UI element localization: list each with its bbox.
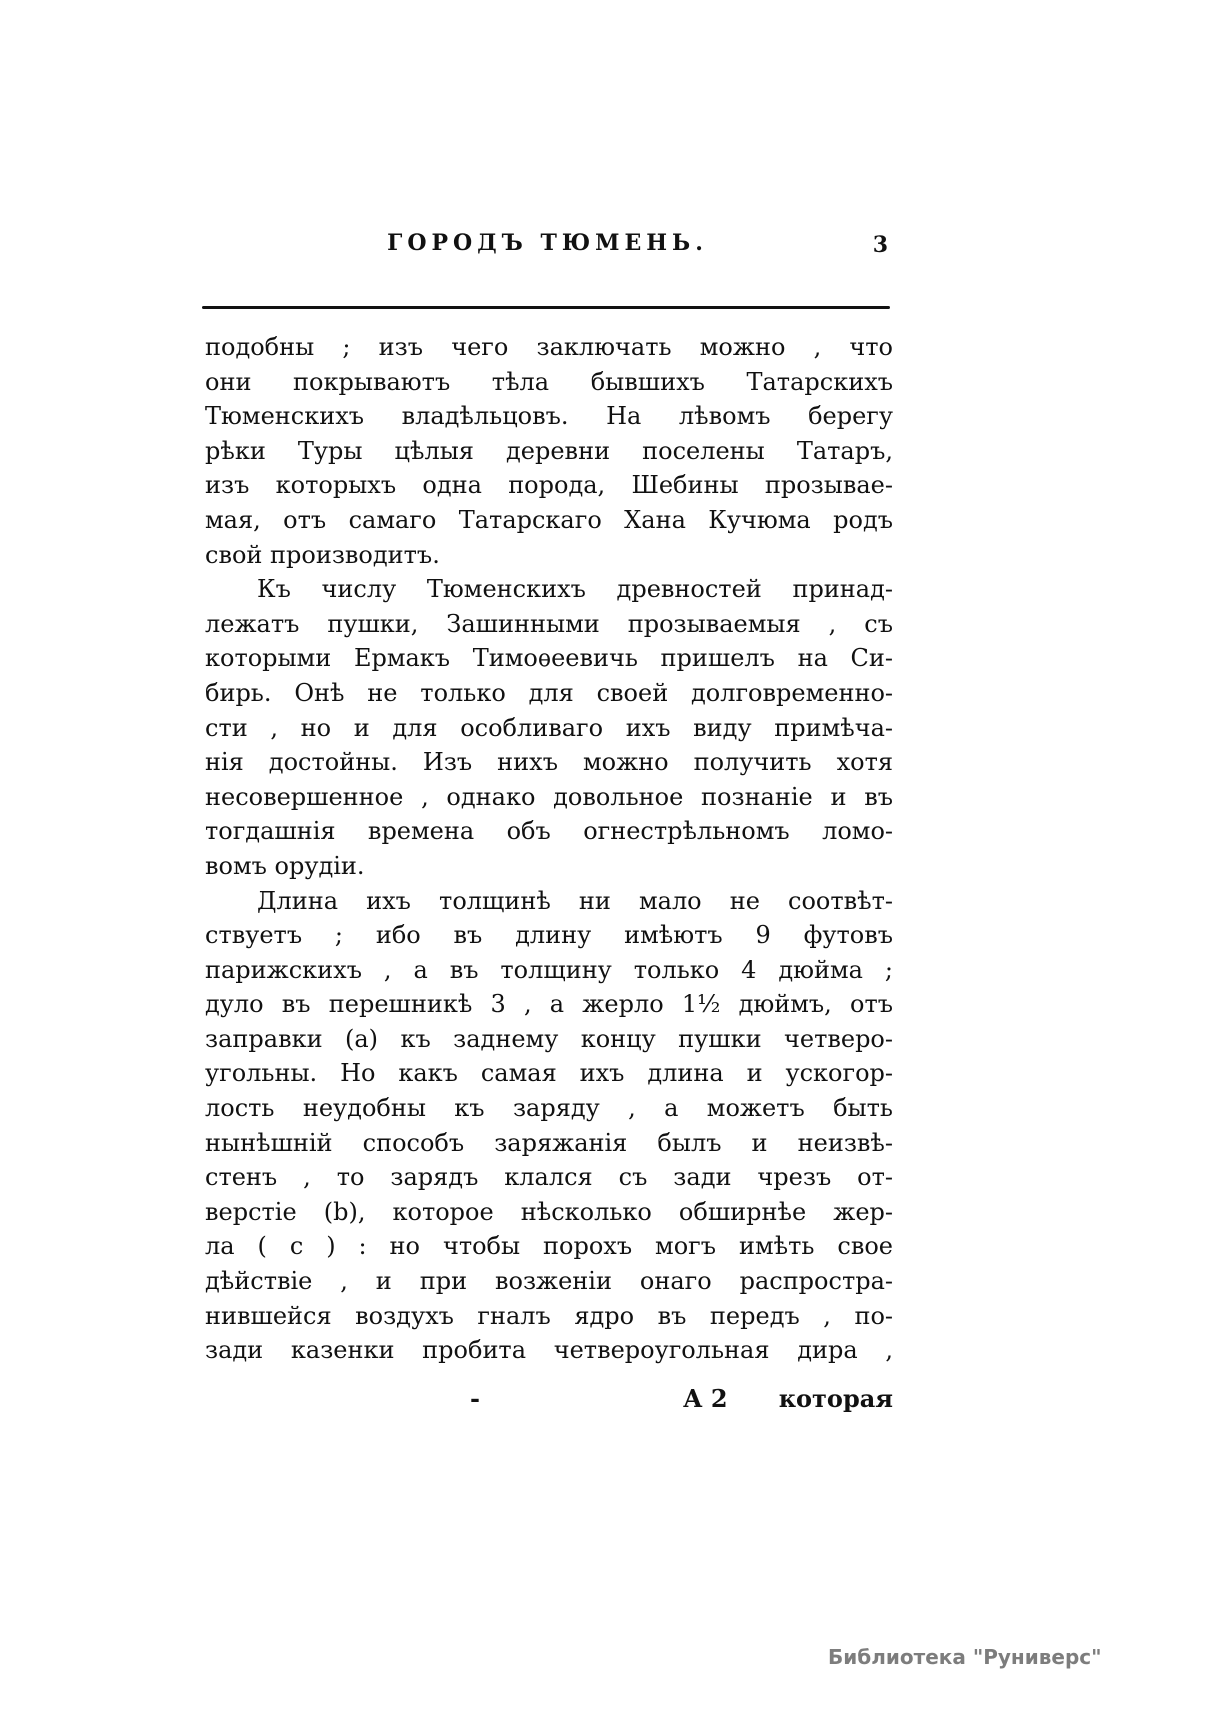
- running-title: ГОРОДЪ ТЮМЕНЬ.: [205, 230, 890, 256]
- text-line: ствуетъ ; ибо въ длину имѣютъ 9 футовъ: [205, 918, 893, 953]
- paragraph-start-line: Длина ихъ толщинѣ ни мало не соотвѣт-: [205, 884, 893, 919]
- book-page: ГОРОДЪ ТЮМЕНЬ. 3 подобны ; изъ чего закл…: [0, 0, 1213, 1721]
- text-line: дѣйствіе , и при возженіи онаго распрост…: [205, 1264, 893, 1299]
- text-line: лость неудобны къ заряду , а можетъ быть: [205, 1091, 893, 1126]
- text-line: несовершенное , однако довольное познані…: [205, 780, 893, 815]
- text-line: нынѣшній способъ заряжанія былъ и неизвѣ…: [205, 1126, 893, 1161]
- text-line: вомъ орудіи.: [205, 849, 893, 884]
- text-line: нія достойны. Изъ нихъ можно получить хо…: [205, 745, 893, 780]
- text-line: нившейся воздухъ гналъ ядро въ передъ , …: [205, 1299, 893, 1334]
- running-head: ГОРОДЪ ТЮМЕНЬ. 3: [205, 228, 890, 264]
- text-line: подобны ; изъ чего заключать можно , что: [205, 330, 893, 365]
- text-line: парижскихъ , а въ толщину только 4 дюйма…: [205, 953, 893, 988]
- text-line: рѣки Туры цѣлыя деревни поселены Татаръ,: [205, 434, 893, 469]
- page-number: 3: [873, 232, 888, 258]
- text-line: верстіе (b), которое нѣсколько обширнѣе …: [205, 1195, 893, 1230]
- text-line: бирь. Онѣ не только для своей долговреме…: [205, 676, 893, 711]
- text-line: заправки (а) къ заднему концу пушки четв…: [205, 1022, 893, 1057]
- text-line: свой производитъ.: [205, 538, 893, 573]
- text-line: сти , но и для особливаго ихъ виду примѣ…: [205, 711, 893, 746]
- catchword: которая: [779, 1384, 893, 1413]
- header-rule-divider: [202, 306, 890, 309]
- body-text: подобны ; изъ чего заключать можно , что…: [205, 330, 893, 1368]
- printer-signature: А 2: [683, 1384, 728, 1413]
- text-line: которыми Ермакъ Тимоѳеевичь пришелъ на С…: [205, 641, 893, 676]
- text-line: они покрываютъ тѣла бывшихъ Татарскихъ: [205, 365, 893, 400]
- text-line: ла ( c ) : но чтобы порохъ могъ имѣть св…: [205, 1229, 893, 1264]
- text-line: угольны. Но какъ самая ихъ длина и уског…: [205, 1056, 893, 1091]
- text-line: лежатъ пушки, Зашинными прозываемыя , съ: [205, 607, 893, 642]
- footer-mark: -: [470, 1384, 480, 1413]
- text-line: дуло въ перешникѣ 3 , а жерло 1½ дюймъ, …: [205, 987, 893, 1022]
- text-line: мая, отъ самаго Татарскаго Хана Кучюма р…: [205, 503, 893, 538]
- text-line: стенъ , то зарядъ клался съ зади чрезъ о…: [205, 1160, 893, 1195]
- text-line: изъ которыхъ одна порода, Шебины прозыва…: [205, 468, 893, 503]
- text-line: зади казенки пробита четвероугольная дир…: [205, 1333, 893, 1368]
- paragraph-start-line: Къ числу Тюменскихъ древностей принад-: [205, 572, 893, 607]
- text-line: Тюменскихъ владѣльцовъ. На лѣвомъ берегу: [205, 399, 893, 434]
- page-footer: - А 2 которая: [205, 1384, 893, 1420]
- text-line: тогдашнія времена объ огнестрѣльномъ лом…: [205, 814, 893, 849]
- library-watermark: Библиотека "Руниверс": [828, 1645, 1102, 1669]
